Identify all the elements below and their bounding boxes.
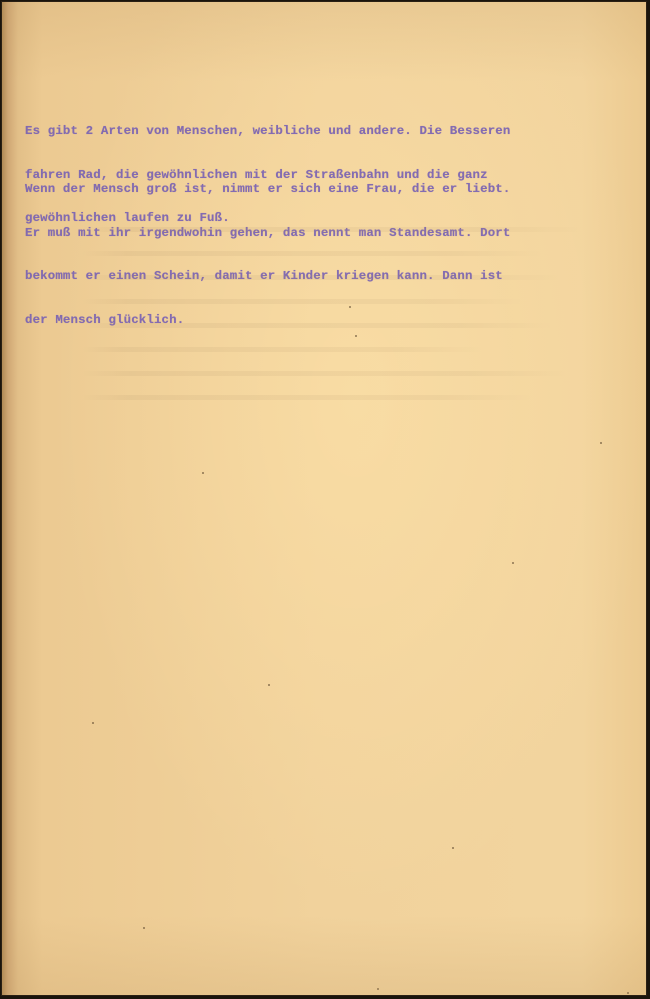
bleed-through-line — [82, 347, 482, 352]
paragraph-1-line-1: Es gibt 2 Arten von Menschen, weibliche … — [25, 124, 625, 139]
paper-speck — [268, 684, 270, 686]
paper-speck — [92, 722, 94, 724]
paragraph-2-line-1: Wenn der Mensch groß ist, nimmt er sich … — [25, 182, 625, 197]
paper-speck — [202, 472, 204, 474]
paper-speck — [349, 306, 351, 308]
paper-speck — [600, 442, 602, 444]
bleed-through-line — [82, 299, 522, 304]
typewritten-page: Es gibt 2 Arten von Menschen, weibliche … — [1, 1, 647, 996]
bleed-through-line — [82, 323, 552, 328]
paper-speck — [377, 988, 379, 990]
paper-speck — [627, 992, 629, 994]
bleed-through-line — [82, 395, 532, 400]
paper-speck — [143, 927, 145, 929]
paper-speck — [355, 335, 357, 337]
bleed-through-line — [82, 227, 582, 232]
bleed-through-line — [82, 371, 567, 376]
bleed-through-line — [82, 251, 542, 256]
paper-speck — [512, 562, 514, 564]
paper-speck — [452, 847, 454, 849]
bleed-through-line — [82, 275, 562, 280]
bleed-through-text — [82, 227, 582, 419]
